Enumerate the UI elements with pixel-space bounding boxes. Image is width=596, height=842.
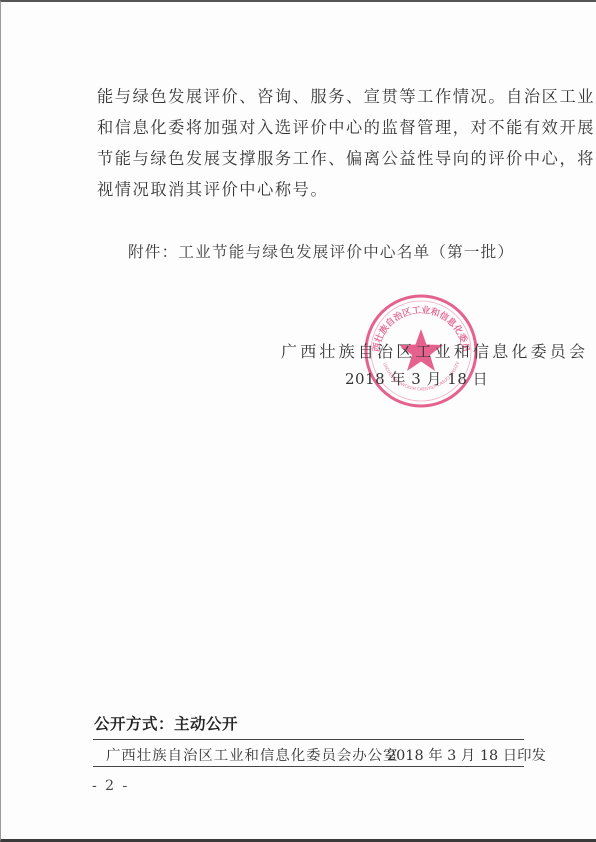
footer-divider-bottom xyxy=(93,766,524,767)
body-paragraph: 能与绿色发展评价、咨询、服务、宣贯等工作情况。自治区工业 和信息化委将加强对入选… xyxy=(97,81,537,205)
signing-organization: 广西壮族自治区工业和信息化委员会 xyxy=(281,339,588,362)
issue-date: 2018 年 3 月 18 日印发 xyxy=(387,744,546,765)
body-line: 节能与绿色发展支撑服务工作、偏离公益性导向的评价中心，将 xyxy=(97,143,537,174)
footer-divider-top xyxy=(93,739,524,740)
signing-date: 2018 年 3 月 18 日 xyxy=(345,368,488,389)
issuing-office: 广西壮族自治区工业和信息化委员会办公室 xyxy=(106,744,398,765)
body-line: 能与绿色发展评价、咨询、服务、宣贯等工作情况。自治区工业 xyxy=(97,81,537,112)
body-line: 视情况取消其评价中心称号。 xyxy=(97,174,537,205)
disclosure-method: 公开方式：主动公开 xyxy=(94,712,238,734)
page-number: - 2 - xyxy=(92,778,129,794)
attachment-note: 附件：工业节能与绿色发展评价中心名单（第一批） xyxy=(128,240,514,262)
document-page: 能与绿色发展评价、咨询、服务、宣贯等工作情况。自治区工业 和信息化委将加强对入选… xyxy=(0,0,596,842)
body-line: 和信息化委将加强对入选评价中心的监督管理，对不能有效开展 xyxy=(97,112,537,143)
